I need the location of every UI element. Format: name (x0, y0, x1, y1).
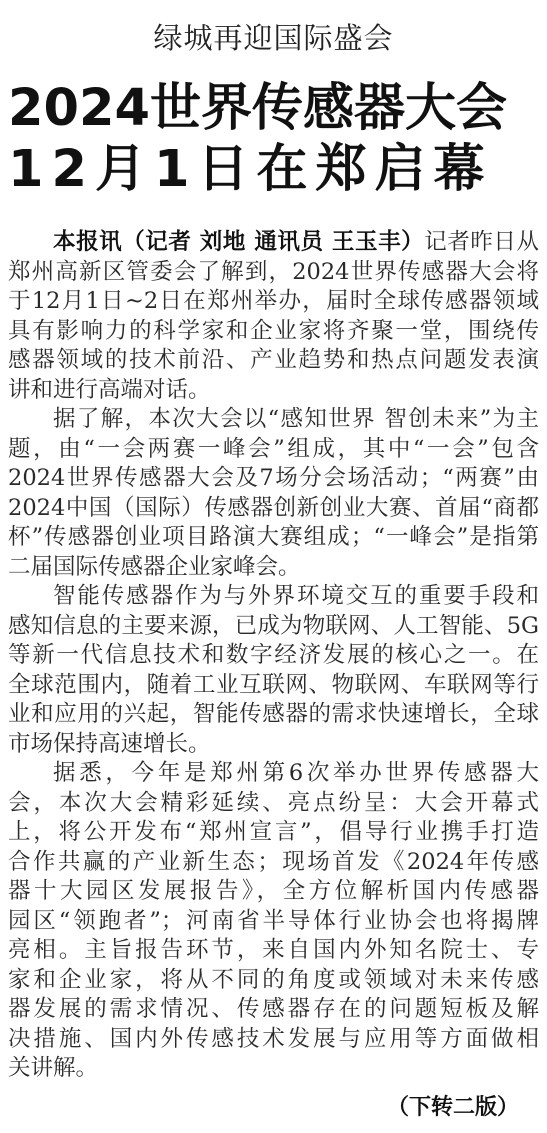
text-line: 二届国际传感器企业家峰会。 (8, 553, 539, 583)
text-line: 感器领域的技术前沿、产业趋势和热点问题发表演 (8, 346, 539, 376)
text-line: 亮相。主旨报告环节，来自国内外知名院士、专 (8, 936, 539, 966)
text-line: 器发展的需求情况、传感器存在的问题短板及解 (8, 995, 539, 1025)
paragraph-1: 本报讯（记者 刘地 通讯员 王玉丰）记者昨日从 郑州高新区管委会了解到，2024… (8, 228, 539, 405)
text-line: 家和企业家，将从不同的角度或领域对未来传感 (8, 966, 539, 996)
text-line: 据了解，本次大会以“感知世界 智创未来”为主 (8, 405, 539, 435)
article-kicker: 绿城再迎国际盛会 (0, 18, 547, 58)
article-body: 本报讯（记者 刘地 通讯员 王玉丰）记者昨日从 郑州高新区管委会了解到，2024… (8, 228, 539, 1084)
text-line: 讲和进行高端对话。 (8, 376, 539, 406)
text-line: 2024中国（国际）传感器创新创业大赛、首届“商都 (8, 494, 539, 524)
paragraph-4: 据悉，今年是郑州第6次举办世界传感器大 会，本次大会精彩延续、亮点纷呈：大会开幕… (8, 759, 539, 1084)
text-line: 郑州高新区管委会了解到，2024世界传感器大会将 (8, 258, 539, 288)
text-line: 2024世界传感器大会及7场分会场活动；“两赛”由 (8, 464, 539, 494)
text-line: 具有影响力的科学家和企业家将齐聚一堂，围绕传 (8, 317, 539, 347)
text-line: 题，由“一会两赛一峰会”组成，其中“一会”包含 (8, 435, 539, 465)
text-line: 关讲解。 (8, 1054, 539, 1084)
text-line: 园区“领跑者”；河南省半导体行业协会也将揭牌 (8, 907, 539, 937)
paragraph-3: 智能传感器作为与外界环境交互的重要手段和 感知信息的主要来源，已成为物联网、人工… (8, 582, 539, 759)
text-line: 上，将公开发布“郑州宣言”，倡导行业携手打造 (8, 818, 539, 848)
text-line: 决措施、国内外传感技术发展与应用等方面做相 (8, 1025, 539, 1055)
text-line: 于12月1日~2日在郑州举办，届时全球传感器领域 (8, 287, 539, 317)
text-line: 感知信息的主要来源，已成为物联网、人工智能、5G (8, 612, 539, 642)
text-line: 会，本次大会精彩延续、亮点纷呈：大会开幕式 (8, 789, 539, 819)
text-line: 合作共赢的产业新生态；现场首发《2024年传感 (8, 848, 539, 878)
text-line: 市场保持高速增长。 (8, 730, 539, 760)
text-line: 器十大园区发展报告》，全方位解析国内传感器 (8, 877, 539, 907)
text-line: 等新一代信息技术和数字经济发展的核心之一。在 (8, 641, 539, 671)
text-line: 智能传感器作为与外界环境交互的重要手段和 (8, 582, 539, 612)
text-line: 全球范围内，随着工业互联网、物联网、车联网等行 (8, 671, 539, 701)
headline-line-1: 2024世界传感器大会 (8, 78, 540, 140)
byline: 本报讯（记者 刘地 通讯员 王玉丰） (53, 229, 424, 255)
text-line: 本报讯（记者 刘地 通讯员 王玉丰）记者昨日从 (8, 228, 539, 258)
headline-line-2: 12月1日在郑启幕 (8, 139, 540, 201)
continued-on-page-2-note: （下转二版） (387, 1093, 519, 1123)
text-line: 据悉，今年是郑州第6次举办世界传感器大 (8, 759, 539, 789)
text-line: 业和应用的兴起，智能传感器的需求快速增长，全球 (8, 700, 539, 730)
text-line: 杯”传感器创业项目路演大赛组成；“一峰会”是指第 (8, 523, 539, 553)
paragraph-2: 据了解，本次大会以“感知世界 智创未来”为主 题，由“一会两赛一峰会”组成，其中… (8, 405, 539, 582)
